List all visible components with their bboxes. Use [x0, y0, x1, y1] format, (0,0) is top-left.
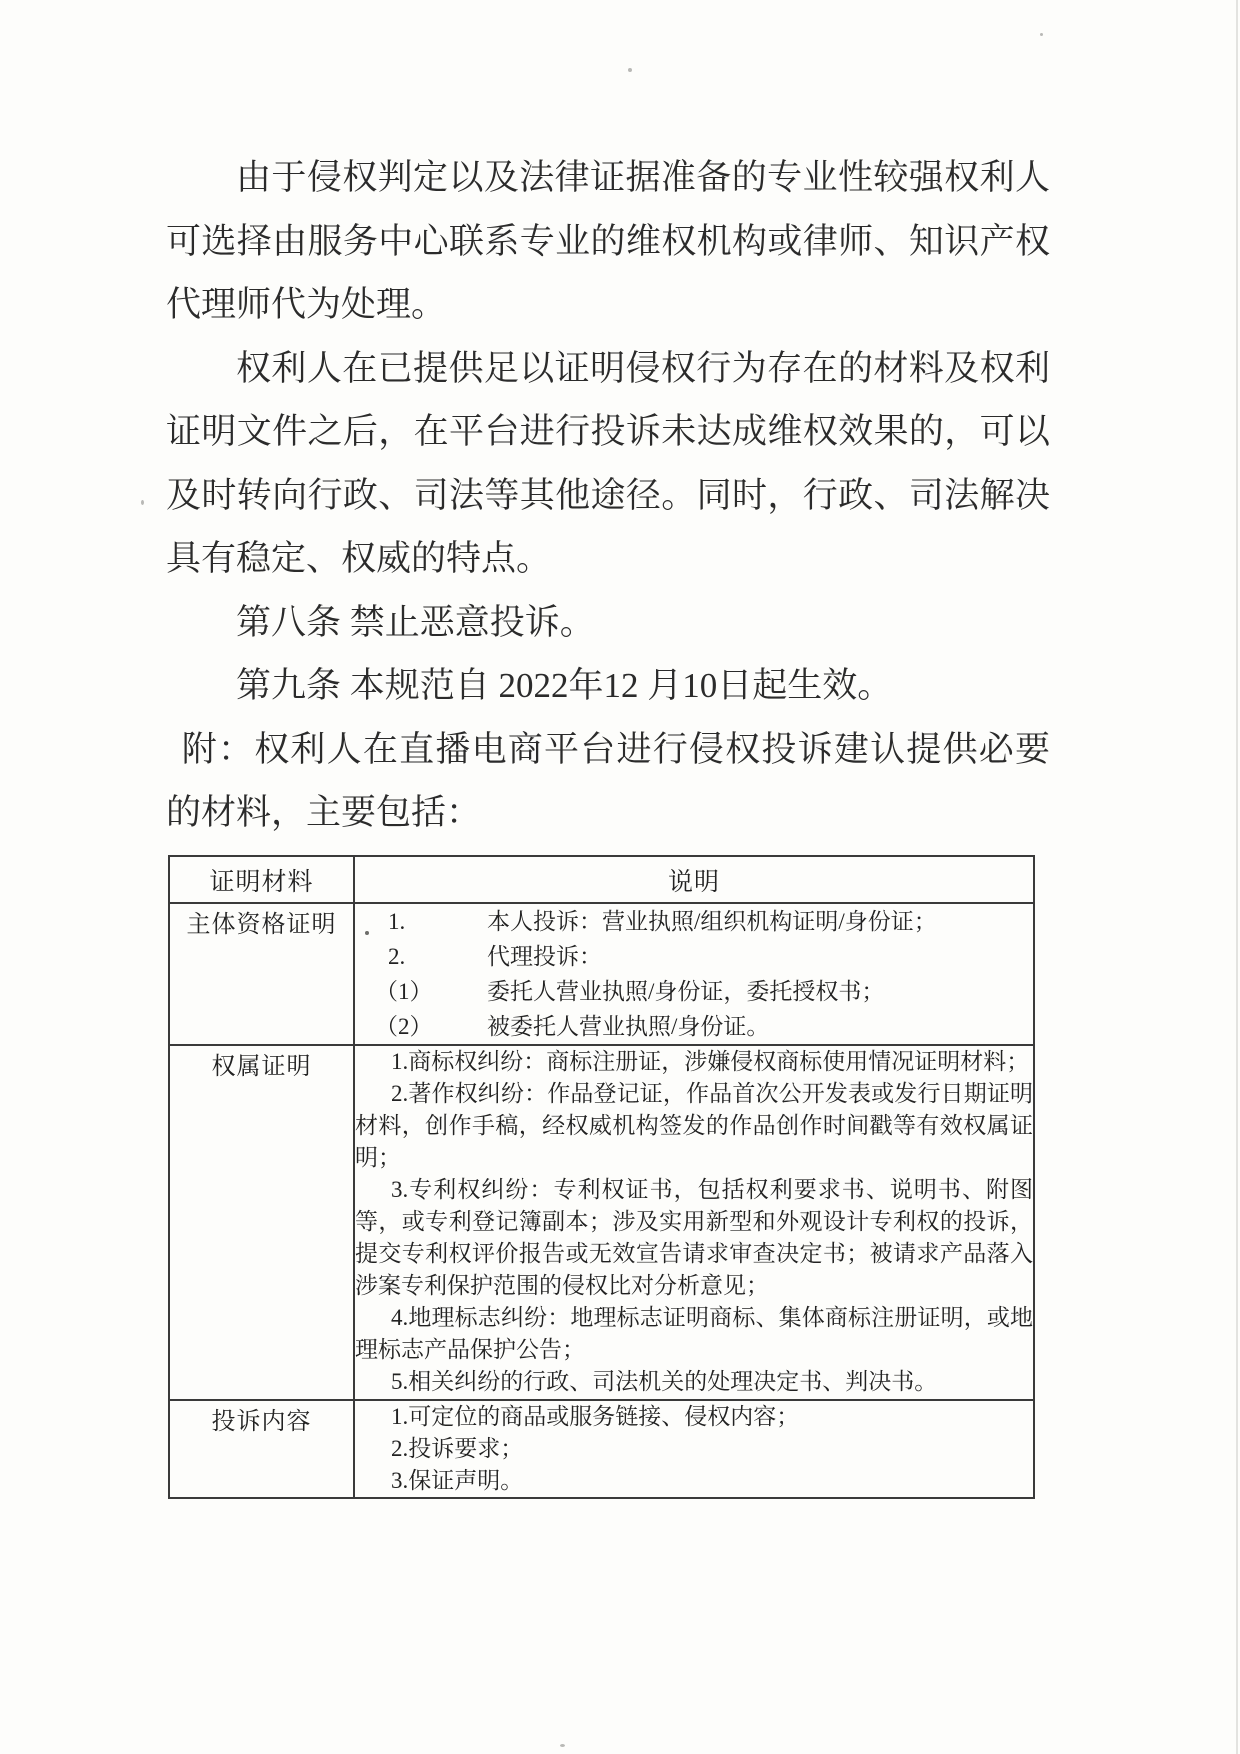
table-header-category: 证明材料 — [169, 856, 354, 903]
item-text: 被委托人营业执照/身份证。 — [487, 1009, 1033, 1044]
table-row: 主体资格证明1.本人投诉：营业执照/组织机构证明/身份证；2.代理投诉：（1）委… — [169, 903, 1034, 1045]
description-item: 4.地理标志纠纷：地理标志证明商标、集体商标注册证明，或地理标志产品保护公告； — [355, 1302, 1033, 1366]
scan-speck — [1040, 33, 1043, 36]
description-item: 2.投诉要求； — [355, 1433, 1033, 1465]
item-number: 1. — [355, 904, 487, 939]
description-item: 1.商标权纠纷：商标注册证，涉嫌侵权商标使用情况证明材料； — [355, 1046, 1033, 1078]
numbered-item: 2.代理投诉： — [355, 939, 1033, 974]
item-text: 代理投诉： — [487, 939, 1033, 974]
table-header-description: 说明 — [354, 856, 1034, 903]
description-item: 2.著作权纠纷：作品登记证，作品首次公开发表或发行日期证明材料，创作手稿，经权威… — [355, 1078, 1033, 1174]
description-item: 1.可定位的商品或服务链接、侵权内容； — [355, 1401, 1033, 1433]
description-item: 3.专利权纠纷：专利权证书，包括权利要求书、说明书、附图等，或专利登记簿副本；涉… — [355, 1174, 1033, 1302]
numbered-item: （2）被委托人营业执照/身份证。 — [355, 1009, 1033, 1044]
paragraph-article-8: 第八条 禁止恶意投诉。 — [166, 591, 1050, 655]
paragraph-article-9: 第九条 本规范自 2022年12 月10日起生效。 — [166, 654, 1050, 718]
description-cell: 1.商标权纠纷：商标注册证，涉嫌侵权商标使用情况证明材料；2.著作权纠纷：作品登… — [354, 1045, 1034, 1400]
scanned-document-page: 由于侵权判定以及法律证据准备的专业性较强权利人可选择由服务中心联系专业的维权机构… — [0, 0, 1240, 1754]
scan-edge-artifact — [1236, 0, 1238, 1754]
paragraph-para-2: 权利人在已提供足以证明侵权行为存在的材料及权利证明文件之后，在平台进行投诉未达成… — [166, 337, 1050, 591]
category-cell: 权属证明 — [169, 1045, 354, 1400]
category-cell: 投诉内容 — [169, 1400, 354, 1498]
scan-speck — [141, 500, 144, 505]
scan-speck — [628, 68, 632, 72]
materials-table-body: 主体资格证明1.本人投诉：营业执照/组织机构证明/身份证；2.代理投诉：（1）委… — [169, 903, 1034, 1498]
description-cell: 1.本人投诉：营业执照/组织机构证明/身份证；2.代理投诉：（1）委托人营业执照… — [354, 903, 1034, 1045]
item-text: 委托人营业执照/身份证，委托授权书； — [487, 974, 1033, 1009]
numbered-item: 1.本人投诉：营业执照/组织机构证明/身份证； — [355, 904, 1033, 939]
table-header-row: 证明材料 说明 — [169, 856, 1034, 903]
item-number: （2） — [355, 1009, 487, 1044]
item-number: （1） — [355, 974, 487, 1009]
item-text: 本人投诉：营业执照/组织机构证明/身份证； — [487, 904, 1033, 939]
item-number: 2. — [355, 939, 487, 974]
scan-speck — [560, 1744, 565, 1747]
body-text: 由于侵权判定以及法律证据准备的专业性较强权利人可选择由服务中心联系专业的维权机构… — [166, 146, 1050, 845]
table-row: 投诉内容1.可定位的商品或服务链接、侵权内容；2.投诉要求；3.保证声明。 — [169, 1400, 1034, 1498]
description-item: 5.相关纠纷的行政、司法机关的处理决定书、判决书。 — [355, 1366, 1033, 1398]
paragraph-para-1: 由于侵权判定以及法律证据准备的专业性较强权利人可选择由服务中心联系专业的维权机构… — [166, 146, 1050, 337]
category-cell: 主体资格证明 — [169, 903, 354, 1045]
table-row: 权属证明1.商标权纠纷：商标注册证，涉嫌侵权商标使用情况证明材料；2.著作权纠纷… — [169, 1045, 1034, 1400]
description-cell: 1.可定位的商品或服务链接、侵权内容；2.投诉要求；3.保证声明。 — [354, 1400, 1034, 1498]
numbered-item: （1）委托人营业执照/身份证，委托授权书； — [355, 974, 1033, 1009]
materials-table: 证明材料 说明 主体资格证明1.本人投诉：营业执照/组织机构证明/身份证；2.代… — [168, 855, 1035, 1499]
scan-speck — [365, 931, 369, 935]
paragraph-appendix-intro: 附：权利人在直播电商平台进行侵权投诉建认提供必要的材料，主要包括： — [166, 718, 1050, 845]
description-item: 3.保证声明。 — [355, 1465, 1033, 1497]
